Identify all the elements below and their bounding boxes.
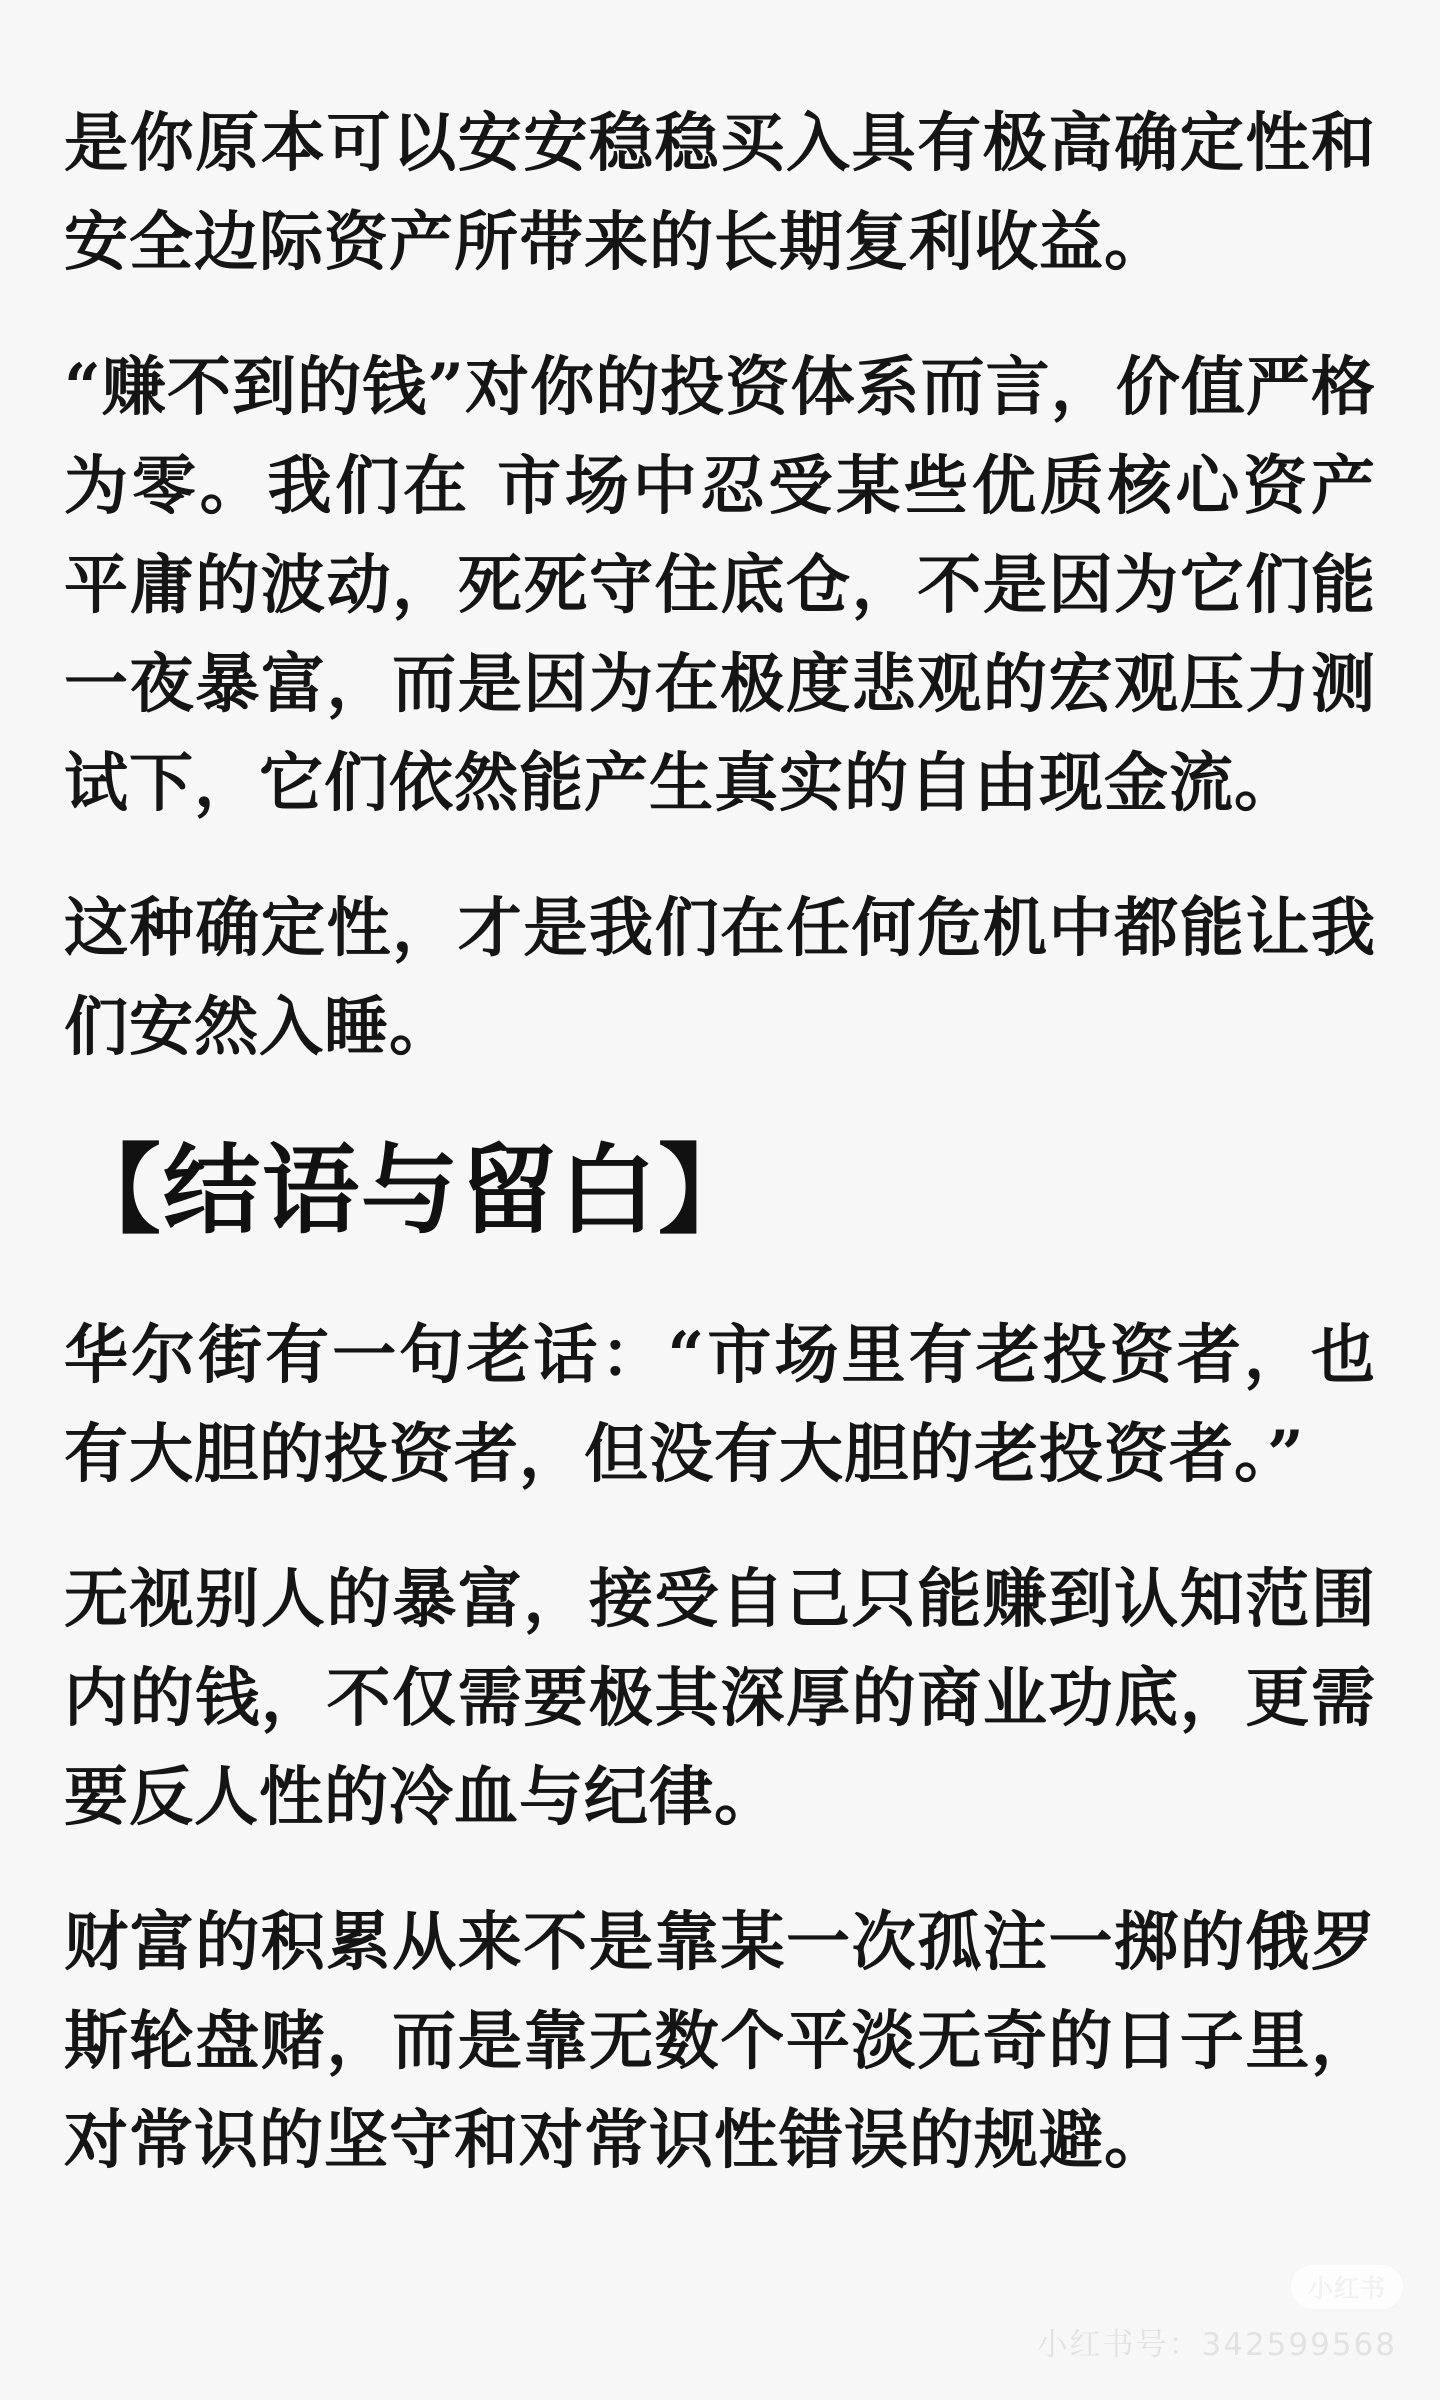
- paragraph-wealth-accumulation: 财富的积累从来不是靠某一次孤注一掷的俄罗斯轮盘赌，而是靠无数个平淡无奇的日子里，…: [64, 1893, 1376, 2190]
- xiaohongshu-logo-text: 小红书: [1308, 2269, 1386, 2305]
- paragraph-money-you-cant-earn: “赚不到的钱”对你的投资体系而言，价值严格为零。我们在 市场中忍受某些优质核心资…: [64, 338, 1376, 833]
- paragraph-wall-street-saying: 华尔街有一句老话：“市场里有老投资者，也有大胆的投资者，但没有大胆的老投资者。”: [64, 1306, 1376, 1504]
- paragraph-compound-returns: 是你原本可以安安稳稳买入具有极高确定性和安全边际资产所带来的长期复利收益。: [64, 94, 1376, 292]
- paragraph-certainty-sleep: 这种确定性，才是我们在任何危机中都能让我们安然入睡。: [64, 879, 1376, 1077]
- xiaohongshu-id-watermark: 小红书号：342599568: [1036, 2319, 1397, 2364]
- xiaohongshu-logo-badge: 小红书: [1291, 2265, 1403, 2309]
- article-body: 是你原本可以安安稳稳买入具有极高确定性和安全边际资产所带来的长期复利收益。 “赚…: [0, 0, 1440, 2190]
- paragraph-cognitive-range: 无视别人的暴富，接受自己只能赚到认知范围内的钱，不仅需要极其深厚的商业功底，更需…: [64, 1550, 1376, 1847]
- section-heading-conclusion: 【结语与留白】: [64, 1123, 1376, 1258]
- xiaohongshu-text-post-image: { "page": { "background_color": "#f7f7f7…: [0, 0, 1440, 2400]
